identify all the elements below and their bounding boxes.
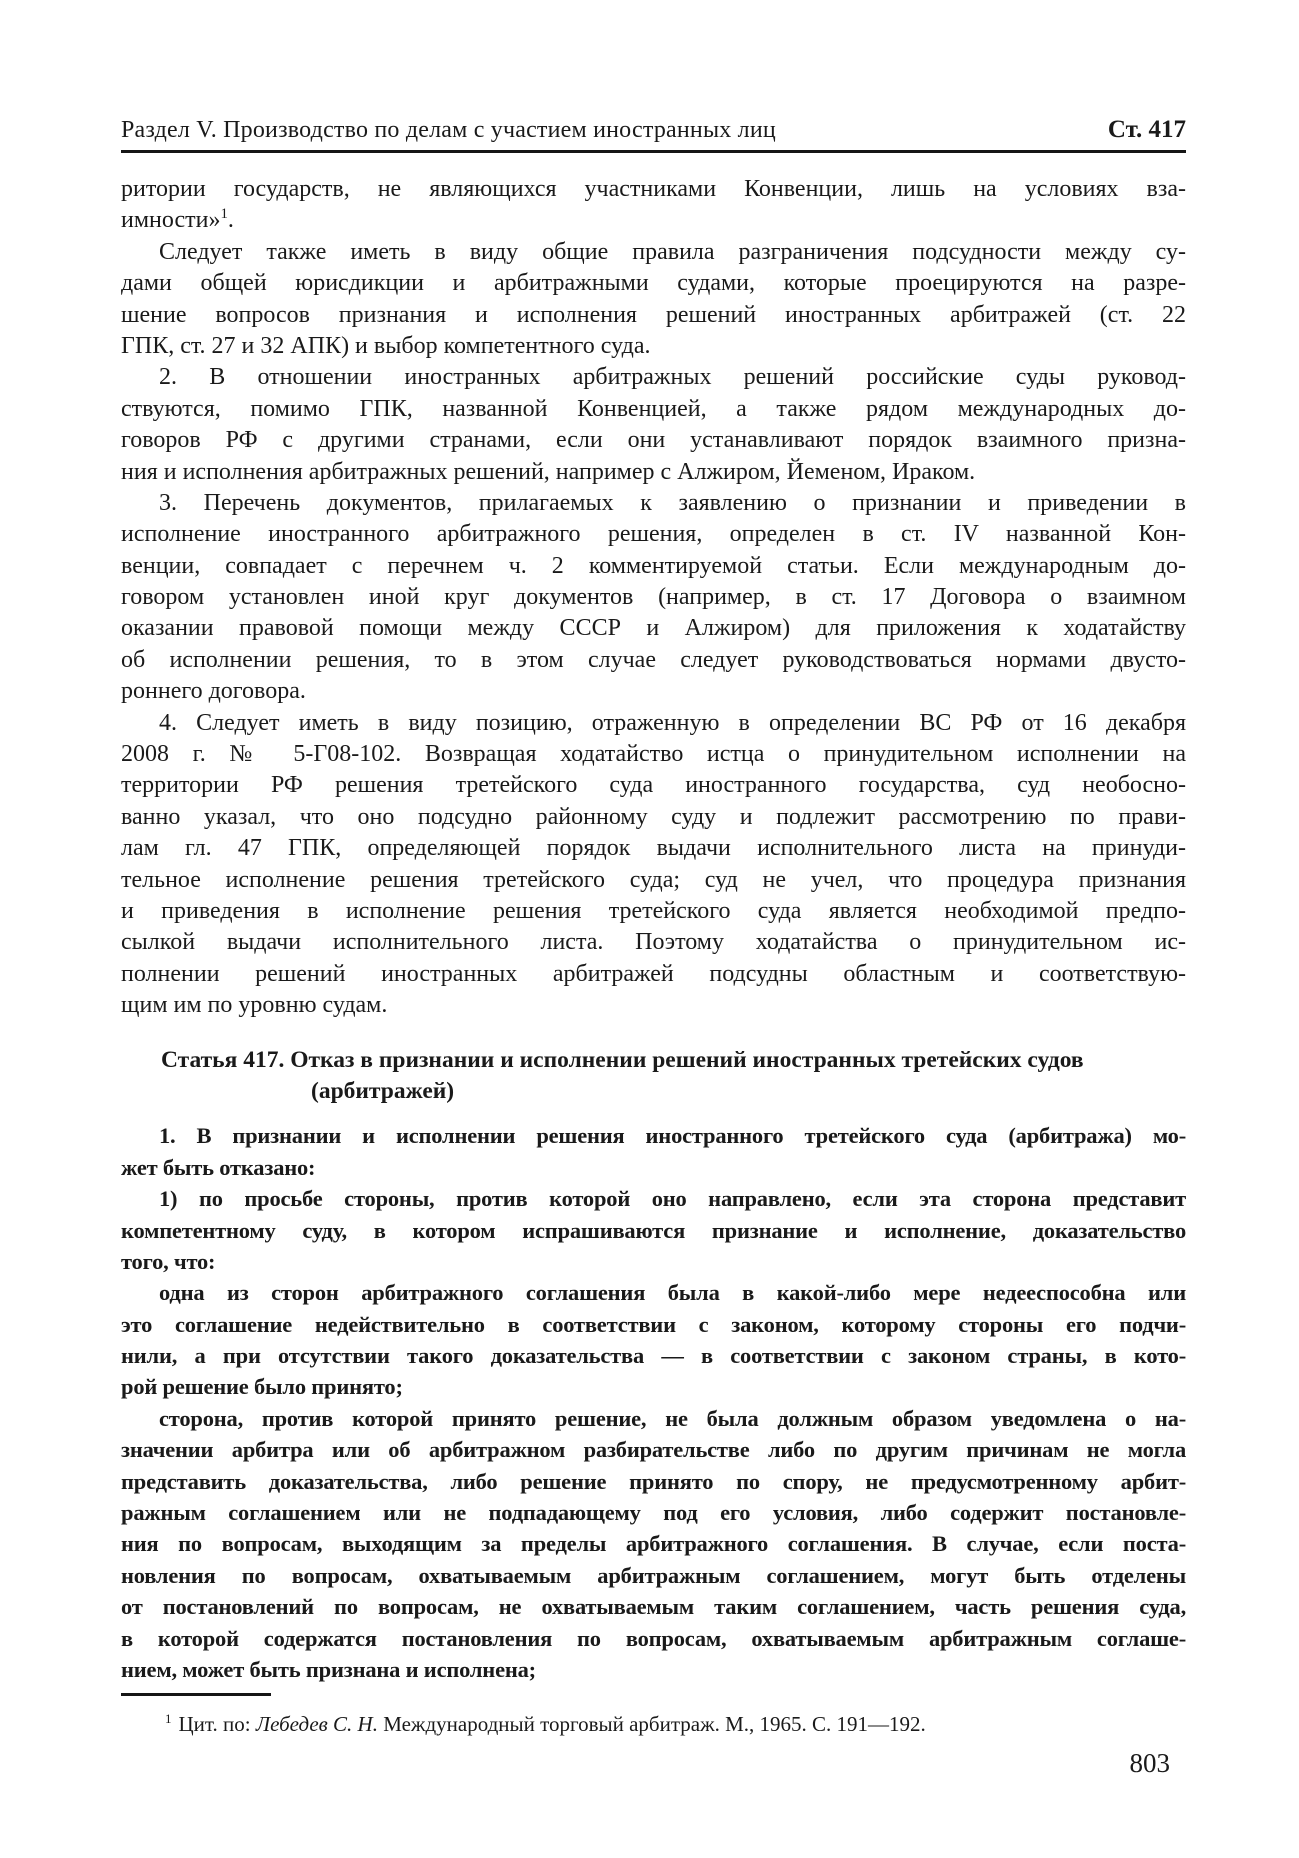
- text-line: говоров РФ с другими странами, если они …: [121, 425, 1186, 456]
- text-line: венции, совпадает с перечнем ч. 2 коммен…: [121, 551, 1186, 582]
- text-line: одна из сторон арбитражного соглашения б…: [121, 1277, 1186, 1308]
- text-line: ражным соглашением или не подпадающему п…: [121, 1497, 1186, 1528]
- page-number: 803: [121, 1746, 1186, 1780]
- paragraph: 4. Следует иметь в виду позицию, отражен…: [121, 708, 1186, 1022]
- page-body: ритории государств, не являющихся участн…: [121, 174, 1186, 1780]
- text-line: ГПК, ст. 27 и 32 АПК) и выбор компетентн…: [121, 331, 1186, 362]
- footnote-divider: [121, 1693, 271, 1696]
- statute-text-section: 1. В признании и исполнении решения инос…: [121, 1120, 1186, 1685]
- text-line: жет быть отказано:: [121, 1152, 1186, 1183]
- footnote-text: Цит. по:: [179, 1712, 256, 1736]
- text-line: дами общей юрисдикции и арбитражными суд…: [121, 268, 1186, 299]
- text-line: шение вопросов признания и исполнения ре…: [121, 300, 1186, 331]
- text-line: рой решение было принято;: [121, 1371, 1186, 1402]
- footnote: 1Цит. по: Лебедев С. Н. Международный то…: [121, 1710, 1186, 1738]
- text-line: 1) по просьбе стороны, против которой он…: [121, 1183, 1186, 1214]
- commentary-section: ритории государств, не являющихся участн…: [121, 174, 1186, 1022]
- text-line: Следует также иметь в виду общие правила…: [121, 237, 1186, 268]
- text-line: в которой содержатся постановления по во…: [121, 1623, 1186, 1654]
- text-line: оказании правовой помощи между СССР и Ал…: [121, 613, 1186, 644]
- text-line: представить доказательства, либо решение…: [121, 1466, 1186, 1497]
- text-line: компетентному суду, в котором испрашиваю…: [121, 1215, 1186, 1246]
- running-section-title: Раздел V. Производство по делам с участи…: [121, 117, 776, 144]
- text-line: роннего договора.: [121, 676, 1186, 707]
- statute-paragraph: сторона, против которой принято решение,…: [121, 1403, 1186, 1686]
- text-line: новления по вопросам, охватываемым арбит…: [121, 1560, 1186, 1591]
- footnote-marker: 1: [165, 1711, 172, 1726]
- paragraph: 3. Перечень документов, прилагаемых к за…: [121, 488, 1186, 708]
- text-line: ствуются, помимо ГПК, названной Конвенци…: [121, 394, 1186, 425]
- paragraph: Следует также иметь в виду общие правила…: [121, 237, 1186, 363]
- footnote-author: Лебедев С. Н.: [256, 1712, 378, 1736]
- footnote-source: Международный торговый арбитраж. М., 196…: [378, 1712, 926, 1736]
- text-line: ритории государств, не являющихся участн…: [121, 174, 1186, 205]
- text-line: об исполнении решения, то в этом случае …: [121, 645, 1186, 676]
- text-line: полнении решений иностранных арбитражей …: [121, 959, 1186, 990]
- text-line: сторона, против которой принято решение,…: [121, 1403, 1186, 1434]
- text-line: нием, может быть признана и исполнена;: [121, 1654, 1186, 1685]
- article-heading-line2: (арбитражей): [121, 1076, 1186, 1107]
- statute-paragraph: одна из сторон арбитражного соглашения б…: [121, 1277, 1186, 1403]
- text-line: ния по вопросам, выходящим за пределы ар…: [121, 1528, 1186, 1559]
- text-line: от постановлений по вопросам, не охватыв…: [121, 1591, 1186, 1622]
- text-line: имности»1.: [121, 205, 1186, 236]
- statute-paragraph: 1) по просьбе стороны, против которой он…: [121, 1183, 1186, 1277]
- text-line: щим им по уровню судам.: [121, 990, 1186, 1021]
- text-line: 3. Перечень документов, прилагаемых к за…: [121, 488, 1186, 519]
- text-line: тельное исполнение решения третейского с…: [121, 865, 1186, 896]
- text-line: ванно указал, что оно подсудно районному…: [121, 802, 1186, 833]
- text-line: говором установлен иной круг документов …: [121, 582, 1186, 613]
- text-line: того, что:: [121, 1246, 1186, 1277]
- page-header: Раздел V. Производство по делам с участи…: [121, 116, 1186, 148]
- text-line: ния и исполнения арбитражных решений, на…: [121, 457, 1186, 488]
- running-article-number: Ст. 417: [1108, 116, 1186, 144]
- text-line: исполнение иностранного арбитражного реш…: [121, 519, 1186, 550]
- header-divider: [121, 150, 1186, 153]
- statute-paragraph: 1. В признании и исполнении решения инос…: [121, 1120, 1186, 1183]
- paragraph: 2. В отношении иностранных арбитражных р…: [121, 362, 1186, 488]
- text-line: нили, а при отсутствии такого доказатель…: [121, 1340, 1186, 1371]
- text-line: сылкой выдачи исполнительного листа. Поэ…: [121, 927, 1186, 958]
- paragraph: ритории государств, не являющихся участн…: [121, 174, 1186, 237]
- book-page: { "header": { "section_title": "Раздел V…: [0, 0, 1299, 1858]
- article-heading-line1: Статья 417. Отказ в признании и исполнен…: [121, 1045, 1186, 1076]
- text-line: 2008 г. № 5-Г08-102. Возвращая ходатайст…: [121, 739, 1186, 770]
- text-line: 1. В признании и исполнении решения инос…: [121, 1120, 1186, 1151]
- text-line: 2. В отношении иностранных арбитражных р…: [121, 362, 1186, 393]
- text-line: и приведения в исполнение решения третей…: [121, 896, 1186, 927]
- text-line: 4. Следует иметь в виду позицию, отражен…: [121, 708, 1186, 739]
- text-line: территории РФ решения третейского суда и…: [121, 770, 1186, 801]
- article-heading: Статья 417. Отказ в признании и исполнен…: [121, 1045, 1186, 1108]
- text-line: лам гл. 47 ГПК, определяющей порядок выд…: [121, 833, 1186, 864]
- text-line: это соглашение недействительно в соответ…: [121, 1309, 1186, 1340]
- text-line: значении арбитра или об арбитражном разб…: [121, 1434, 1186, 1465]
